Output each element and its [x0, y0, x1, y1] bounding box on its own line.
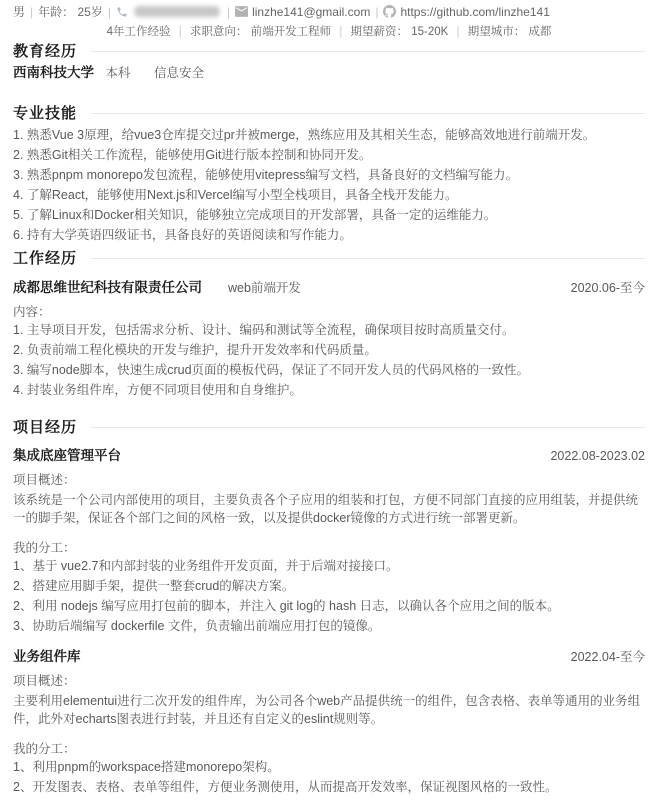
expected-city: 期望城市： 成都: [468, 26, 552, 38]
project-overview-text: 主要利用elementui进行二次开发的组件库，为公司各个web产品提供统一的组…: [13, 692, 645, 728]
skill-item: 5. 了解Linux和Docker相关知识，能够独立完成项目的开发部署，具备一定…: [13, 207, 645, 223]
section-title-work: 工作经历: [13, 249, 77, 268]
section-title-education: 教育经历: [13, 42, 77, 61]
work-item: 1. 主导项目开发，包括需求分析、设计、编码和测试等全流程，确保项目按时高质量交…: [13, 322, 645, 338]
project-task-list: 1、基于 vue2.7和内部封装的业务组件开发页面，并于后端对接接口。 2、搭建…: [13, 558, 645, 634]
separator: |: [227, 5, 230, 19]
company-name: 成都思维世纪科技有限责任公司: [13, 279, 202, 296]
mail-icon: [235, 6, 248, 17]
skill-item: 2. 熟悉Git相关工作流程，能够使用Git进行版本控制和协同开发。: [13, 147, 645, 163]
divider: [91, 113, 645, 114]
project-name: 集成底座管理平台: [13, 447, 121, 464]
skill-item: 4. 了解React，能够使用Next.js和Vercel编写小型全栈项目，具备…: [13, 187, 645, 203]
project-overview-label: 项目概述：: [13, 472, 645, 488]
experience-years: 4年工作经验: [107, 26, 171, 38]
separator: |: [375, 5, 378, 19]
school-name: 西南科技大学: [13, 65, 94, 80]
section-education: 教育经历: [13, 42, 645, 61]
project-overview-text: 该系统是一个公司内部使用的项目，主要负责各个子应用的组装和打包，方便不同部门直接…: [13, 491, 645, 527]
project-task-list: 1、利用pnpm的workspace搭建monorepo架构。 2、开发图表、表…: [13, 759, 645, 795]
major: 信息安全: [154, 66, 204, 80]
expected-salary: 期望薪资： 15-20K: [351, 26, 449, 38]
project-entry-header: 集成底座管理平台 2022.08-2023.02: [13, 447, 645, 464]
task-item: 3、协助后端编写 dockerfile 文件，负责输出前端应用打包的镜像。: [13, 618, 645, 634]
task-item: 2、搭建应用脚手架，提供一整套crud的解决方案。: [13, 578, 645, 594]
skill-item: 6. 持有大学英语四级证书，具备良好的英语阅读和写作能力。: [13, 227, 645, 243]
section-skills: 专业技能: [13, 104, 645, 123]
skill-item: 3. 熟悉pnpm monorepo发包流程，能够使用vitepress编写文档…: [13, 167, 645, 183]
job-intention: 求职意向： 前端开发工程师: [190, 26, 331, 38]
degree: 本科: [105, 66, 130, 80]
project-period: 2022.04-至今: [571, 647, 645, 665]
summary-line: 4年工作经验 | 求职意向： 前端开发工程师 | 期望薪资： 15-20K | …: [13, 23, 645, 37]
github-icon: [383, 5, 396, 18]
work-item-list: 1. 主导项目开发，包括需求分析、设计、编码和测试等全流程，确保项目按时高质量交…: [13, 322, 645, 398]
education-entry: 西南科技大学 本科 信息安全: [13, 64, 645, 82]
work-item: 2. 负责前端工程化模块的开发与维护，提升开发效率和代码质量。: [13, 342, 645, 358]
skills-list: 1. 熟悉Vue 3原理，给vue3仓库提交过pr并被merge，熟练应用及其相…: [13, 127, 645, 243]
work-period: 2020.06-至今: [571, 278, 645, 296]
section-work: 工作经历: [13, 249, 645, 268]
section-title-projects: 项目经历: [13, 418, 77, 437]
gender-label: 男: [13, 3, 25, 20]
task-item: 2、利用 nodejs 编写应用打包前的脚本，并注入 git log的 hash…: [13, 598, 645, 614]
separator: |: [108, 5, 111, 19]
skill-item: 1. 熟悉Vue 3原理，给vue3仓库提交过pr并被merge，熟练应用及其相…: [13, 127, 645, 143]
project-division-label: 我的分工：: [13, 741, 645, 757]
project-entry-header: 业务组件库 2022.04-至今: [13, 647, 645, 665]
separator: |: [30, 5, 33, 19]
github-url[interactable]: https://github.com/linzhe141: [400, 5, 549, 19]
work-entry-header: 成都思维世纪科技有限责任公司 web前端开发 2020.06-至今: [13, 278, 645, 296]
separator: |: [339, 26, 342, 38]
work-item: 3. 编写node脚本，快速生成crud页面的模板代码，保证了不同开发人员的代码…: [13, 362, 645, 378]
project-period: 2022.08-2023.02: [550, 449, 645, 463]
section-projects: 项目经历: [13, 418, 645, 437]
divider: [91, 51, 645, 52]
contact-line: 男 | 年龄： 25岁 | | linzhe141@gmail.com | ht…: [13, 4, 645, 19]
phone-icon: [116, 6, 128, 18]
project-division-label: 我的分工：: [13, 540, 645, 556]
age-label: 年龄： 25岁: [38, 3, 103, 20]
divider: [91, 427, 645, 428]
separator: |: [457, 26, 460, 38]
separator: |: [179, 26, 182, 38]
job-title: web前端开发: [228, 278, 301, 296]
resume-page: 男 | 年龄： 25岁 | | linzhe141@gmail.com | ht…: [0, 0, 653, 795]
work-item: 4. 封装业务组件库，方便不同项目使用和自身维护。: [13, 382, 645, 398]
section-title-skills: 专业技能: [13, 104, 77, 123]
project-overview-label: 项目概述：: [13, 673, 645, 689]
task-item: 1、利用pnpm的workspace搭建monorepo架构。: [13, 759, 645, 775]
work-content-label: 内容：: [13, 304, 645, 320]
task-item: 2、开发图表、表格、表单等组件，方便业务测使用，从而提高开发效率，保证视图风格的…: [13, 779, 645, 795]
divider: [91, 258, 645, 259]
project-name: 业务组件库: [13, 648, 81, 665]
email-text[interactable]: linzhe141@gmail.com: [252, 5, 370, 19]
phone-number-redacted: [134, 6, 220, 17]
task-item: 1、基于 vue2.7和内部封装的业务组件开发页面，并于后端对接接口。: [13, 558, 645, 574]
